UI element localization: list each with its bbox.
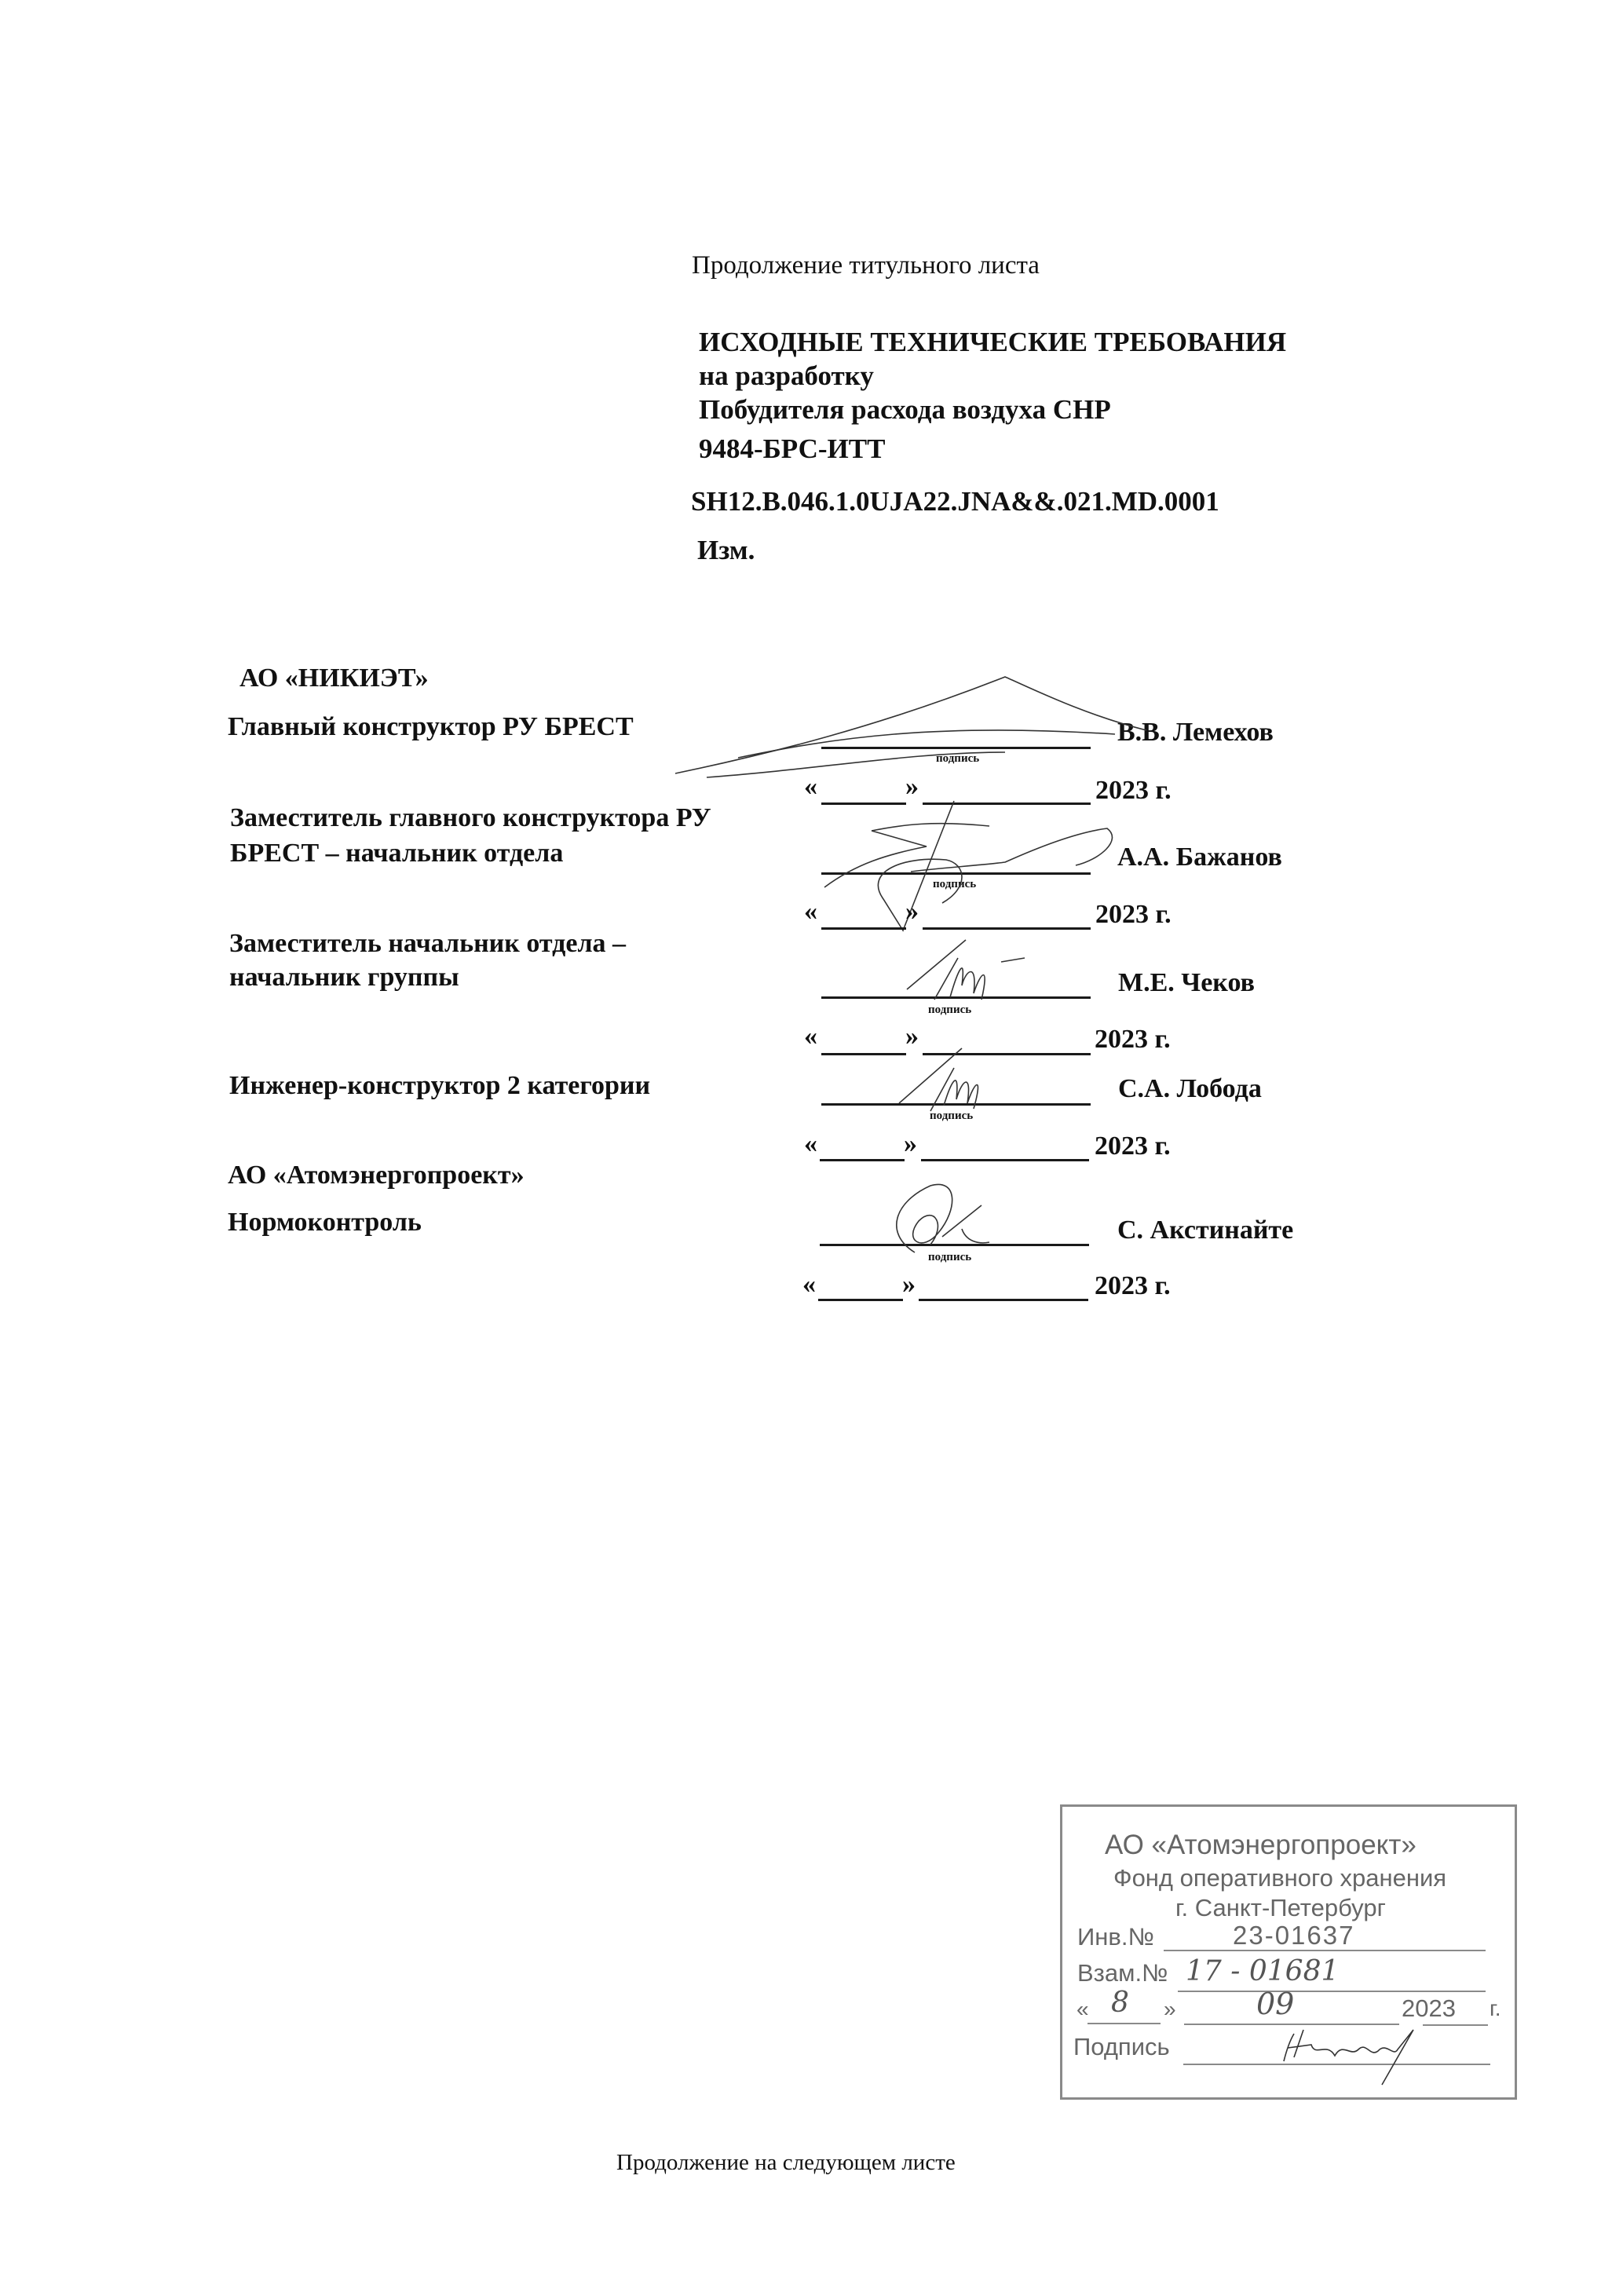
stamp-replacement-line — [1178, 1991, 1486, 1992]
organization-nikiet: АО «НИКИЭТ» — [239, 664, 429, 693]
stamp-date-open-quote: « — [1077, 1997, 1089, 2022]
date-day-line — [820, 1159, 905, 1161]
date-close-quote: » — [904, 1129, 917, 1159]
date-open-quote: « — [802, 1270, 816, 1300]
date-year: 2023 г. — [1095, 1025, 1171, 1055]
date-month-line — [923, 927, 1091, 930]
stamp-day-line — [1087, 2023, 1161, 2024]
handwritten-signature-icon — [809, 793, 1123, 934]
handwritten-signature-icon — [903, 938, 1044, 1009]
next-page-continuation: Продолжение на следующем листе — [616, 2150, 956, 2176]
date-month-line — [919, 1299, 1088, 1301]
stamp-replacement-label: Взам.№ — [1077, 1959, 1168, 1987]
stamp-date-month: 09 — [1256, 1987, 1294, 2021]
stamp-signature-label: Подпись — [1073, 2033, 1170, 2061]
signer-name: А.А. Бажанов — [1117, 843, 1282, 872]
title-page-continuation: Продолжение титульного листа — [692, 251, 1040, 280]
date-close-quote: » — [902, 1270, 916, 1300]
stamp-date-year: 2023 — [1402, 1994, 1456, 2023]
document-subtitle-purpose: на разработку — [699, 360, 874, 392]
stamp-city: г. Санкт-Петербург — [1175, 1894, 1386, 1922]
stamp-date-close-quote: » — [1164, 1997, 1176, 2022]
stamp-organization: АО «Атомэнергопроект» — [1105, 1830, 1416, 1861]
stamp-inventory-label: Инв.№ — [1077, 1923, 1154, 1951]
handwritten-signature-icon — [895, 1044, 1036, 1115]
handwritten-signature-icon — [872, 1178, 1013, 1256]
role-deputy-department-head: Заместитель начальник отдела – — [229, 929, 626, 959]
date-year: 2023 г. — [1095, 1132, 1171, 1161]
document-code: SH12.B.046.1.0UJA22.JNA&&.021.MD.0001 — [691, 486, 1219, 517]
stamp-fund: Фонд оперативного хранения — [1113, 1864, 1446, 1892]
signer-name: С. Акстинайте — [1117, 1216, 1293, 1245]
role-design-engineer: Инженер-конструктор 2 категории — [229, 1071, 650, 1101]
date-open-quote: « — [804, 897, 817, 927]
organization-atomenergoproekt: АО «Атомэнергопроект» — [228, 1161, 525, 1190]
handwritten-signature-icon — [675, 660, 1146, 785]
date-close-quote: » — [905, 897, 919, 927]
date-open-quote: « — [804, 1022, 817, 1051]
stamp-inventory-number: 23-01637 — [1233, 1921, 1354, 1951]
date-day-line — [821, 1053, 906, 1055]
document-number: 9484-БРС-ИТТ — [699, 433, 885, 465]
date-year: 2023 г. — [1095, 1271, 1171, 1301]
role-norm-control: Нормоконтроль — [228, 1208, 422, 1238]
stamp-replacement-number: 17 - 01681 — [1186, 1955, 1339, 1987]
document-subtitle-equipment: Побудителя расхода воздуха СНР — [699, 394, 1111, 426]
role-chief-designer: Главный конструктор РУ БРЕСТ — [228, 712, 634, 742]
role-deputy-department-head-line-2: начальник группы — [229, 963, 459, 993]
date-open-quote: « — [804, 1129, 817, 1159]
date-month-line — [921, 1159, 1089, 1161]
stamp-year-suffix: г. — [1490, 1996, 1501, 2021]
role-deputy-chief-designer-line-2: БРЕСТ – начальник отдела — [230, 839, 563, 868]
role-deputy-chief-designer: Заместитель главного конструктора РУ — [230, 803, 711, 833]
date-year: 2023 г. — [1095, 900, 1172, 930]
date-day-line — [821, 927, 906, 930]
date-day-line — [818, 1299, 903, 1301]
signer-name: М.Е. Чеков — [1118, 968, 1255, 998]
stamp-month-line — [1184, 2024, 1399, 2025]
revision-label: Изм. — [697, 535, 755, 566]
stamp-date-day: 8 — [1111, 1987, 1129, 2019]
document-title: ИСХОДНЫЕ ТЕХНИЧЕСКИЕ ТРЕБОВАНИЯ — [699, 327, 1286, 358]
handwritten-signature-icon — [1280, 2026, 1437, 2089]
signer-name: С.А. Лобода — [1118, 1074, 1262, 1104]
